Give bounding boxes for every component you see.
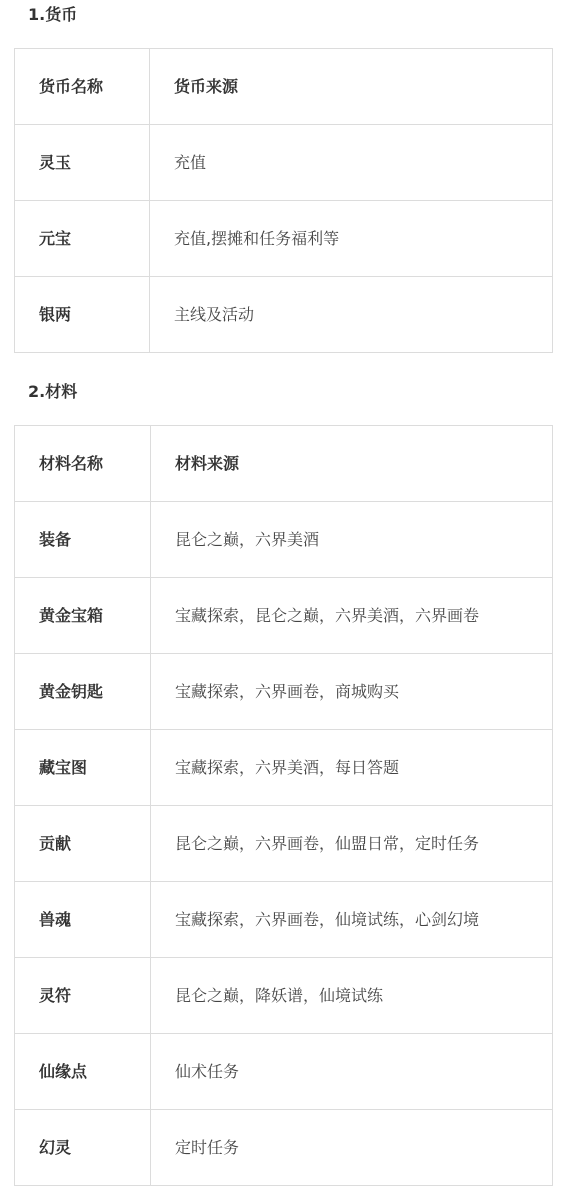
material-name: 黄金钥匙 — [15, 654, 151, 730]
section-title-materials: 2.材料 — [28, 382, 77, 402]
currency-source: 充值,摆摊和任务福利等 — [150, 201, 553, 277]
material-source: 宝藏探索，六界画卷，仙境试练，心剑幻境 — [151, 882, 553, 958]
material-source: 仙术任务 — [151, 1034, 553, 1110]
currency-source: 充值 — [150, 125, 553, 201]
material-name: 幻灵 — [15, 1110, 151, 1186]
material-name: 灵符 — [15, 958, 151, 1034]
table-header-row: 货币名称 货币来源 — [15, 49, 553, 125]
currency-source: 主线及活动 — [150, 277, 553, 353]
materials-table: 材料名称 材料来源 装备 昆仑之巅，六界美酒 黄金宝箱 宝藏探索，昆仑之巅，六界… — [14, 425, 553, 1186]
material-name: 兽魂 — [15, 882, 151, 958]
currency-name: 银两 — [15, 277, 150, 353]
material-name: 仙缘点 — [15, 1034, 151, 1110]
table-row: 仙缘点 仙术任务 — [15, 1034, 553, 1110]
currency-name: 元宝 — [15, 201, 150, 277]
table-row: 银两 主线及活动 — [15, 277, 553, 353]
table-row: 灵玉 充值 — [15, 125, 553, 201]
currency-table: 货币名称 货币来源 灵玉 充值 元宝 充值,摆摊和任务福利等 银两 主线及活动 — [14, 48, 553, 353]
table-row: 兽魂 宝藏探索，六界画卷，仙境试练，心剑幻境 — [15, 882, 553, 958]
section-title-currency: 1.货币 — [28, 5, 77, 25]
header-currency-source: 货币来源 — [150, 49, 553, 125]
table-row: 装备 昆仑之巅，六界美酒 — [15, 502, 553, 578]
table-row: 黄金宝箱 宝藏探索，昆仑之巅，六界美酒，六界画卷 — [15, 578, 553, 654]
material-source: 昆仑之巅，六界美酒 — [151, 502, 553, 578]
material-source: 定时任务 — [151, 1110, 553, 1186]
material-name: 黄金宝箱 — [15, 578, 151, 654]
currency-name: 灵玉 — [15, 125, 150, 201]
header-material-source: 材料来源 — [151, 426, 553, 502]
table-row: 藏宝图 宝藏探索，六界美酒，每日答题 — [15, 730, 553, 806]
header-material-name: 材料名称 — [15, 426, 151, 502]
table-row: 元宝 充值,摆摊和任务福利等 — [15, 201, 553, 277]
material-source: 宝藏探索，昆仑之巅，六界美酒，六界画卷 — [151, 578, 553, 654]
table-row: 贡献 昆仑之巅，六界画卷，仙盟日常，定时任务 — [15, 806, 553, 882]
material-source: 昆仑之巅，六界画卷，仙盟日常，定时任务 — [151, 806, 553, 882]
header-currency-name: 货币名称 — [15, 49, 150, 125]
table-header-row: 材料名称 材料来源 — [15, 426, 553, 502]
material-name: 藏宝图 — [15, 730, 151, 806]
material-source: 宝藏探索，六界美酒，每日答题 — [151, 730, 553, 806]
material-source: 宝藏探索，六界画卷，商城购买 — [151, 654, 553, 730]
material-name: 贡献 — [15, 806, 151, 882]
material-name: 装备 — [15, 502, 151, 578]
table-row: 幻灵 定时任务 — [15, 1110, 553, 1186]
table-row: 黄金钥匙 宝藏探索，六界画卷，商城购买 — [15, 654, 553, 730]
table-row: 灵符 昆仑之巅，降妖谱，仙境试练 — [15, 958, 553, 1034]
material-source: 昆仑之巅，降妖谱，仙境试练 — [151, 958, 553, 1034]
